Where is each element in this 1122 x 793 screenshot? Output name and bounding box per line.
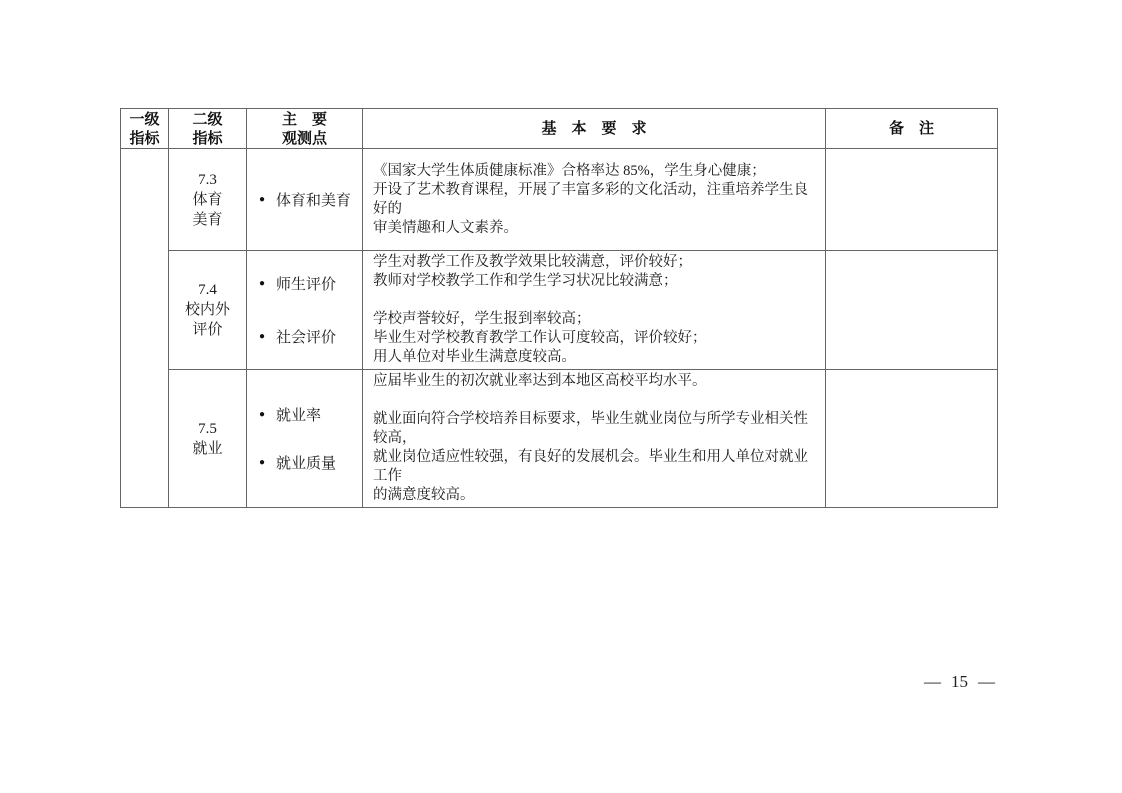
page-number-dash-left: — [924, 672, 941, 691]
observation-points-cell: ● 师生评价 ● 社会评价 [247, 251, 363, 370]
page-number-value: 15 [951, 672, 968, 691]
page-number-dash-right: — [978, 672, 995, 691]
header-remarks: 备 注 [826, 109, 998, 149]
table-row: 7.5 就业 ● 就业率 ● 就业质量 应届毕业生的初次就业率达到本地区高校平均… [121, 370, 998, 508]
observation-point-label: 体育和美育 [276, 189, 351, 210]
level1-indicator-cell [121, 149, 169, 508]
observation-point-label: 就业率 [276, 404, 321, 425]
remark-cell [826, 370, 998, 508]
observation-point-label: 师生评价 [276, 273, 336, 294]
remark-cell [826, 251, 998, 370]
observation-point-label: 就业质量 [276, 452, 336, 473]
bullet-icon: ● [259, 410, 265, 420]
header-level1-indicator: 一级 指标 [121, 109, 169, 149]
observation-points-cell: ● 就业率 ● 就业质量 [247, 370, 363, 508]
level2-indicator-cell: 7.5 就业 [169, 370, 247, 508]
bullet-icon: ● [259, 195, 265, 205]
observation-point: ● 师生评价 [259, 273, 362, 294]
observation-point-label: 社会评价 [276, 326, 336, 347]
table-header-row: 一级 指标 二级 指标 主 要 观测点 基 本 要 求 备 注 [121, 109, 998, 149]
bullet-icon: ● [259, 332, 265, 342]
bullet-icon: ● [259, 279, 265, 289]
requirements-cell: 学生对教学工作及教学效果比较满意，评价较好； 教师对学校教学工作和学生学习状况比… [363, 251, 826, 370]
level2-indicator-cell: 7.3 体育 美育 [169, 149, 247, 251]
observation-point: ● 体育和美育 [259, 189, 362, 210]
bullet-icon: ● [259, 458, 265, 468]
requirements-cell: 应届毕业生的初次就业率达到本地区高校平均水平。 就业面向符合学校培养目标要求，毕… [363, 370, 826, 508]
observation-point: ● 就业率 [259, 404, 362, 425]
level2-indicator-cell: 7.4 校内外 评价 [169, 251, 247, 370]
table-row: 7.3 体育 美育 ● 体育和美育 《国家大学生体质健康标准》合格率达 85%，… [121, 149, 998, 251]
indicator-table: 一级 指标 二级 指标 主 要 观测点 基 本 要 求 备 注 7.3 体育 美… [120, 108, 998, 508]
observation-point: ● 社会评价 [259, 326, 362, 347]
header-observation-points: 主 要 观测点 [247, 109, 363, 149]
remark-cell [826, 149, 998, 251]
document-page: 一级 指标 二级 指标 主 要 观测点 基 本 要 求 备 注 7.3 体育 美… [0, 0, 1122, 793]
header-level2-indicator: 二级 指标 [169, 109, 247, 149]
requirements-cell: 《国家大学生体质健康标准》合格率达 85%，学生身心健康； 开设了艺术教育课程，… [363, 149, 826, 251]
table-row: 7.4 校内外 评价 ● 师生评价 ● 社会评价 学生对教学工作及教学效果比较满… [121, 251, 998, 370]
observation-point: ● 就业质量 [259, 452, 362, 473]
header-basic-requirements: 基 本 要 求 [363, 109, 826, 149]
page-number: —15— [924, 672, 995, 692]
observation-points-cell: ● 体育和美育 [247, 149, 363, 251]
